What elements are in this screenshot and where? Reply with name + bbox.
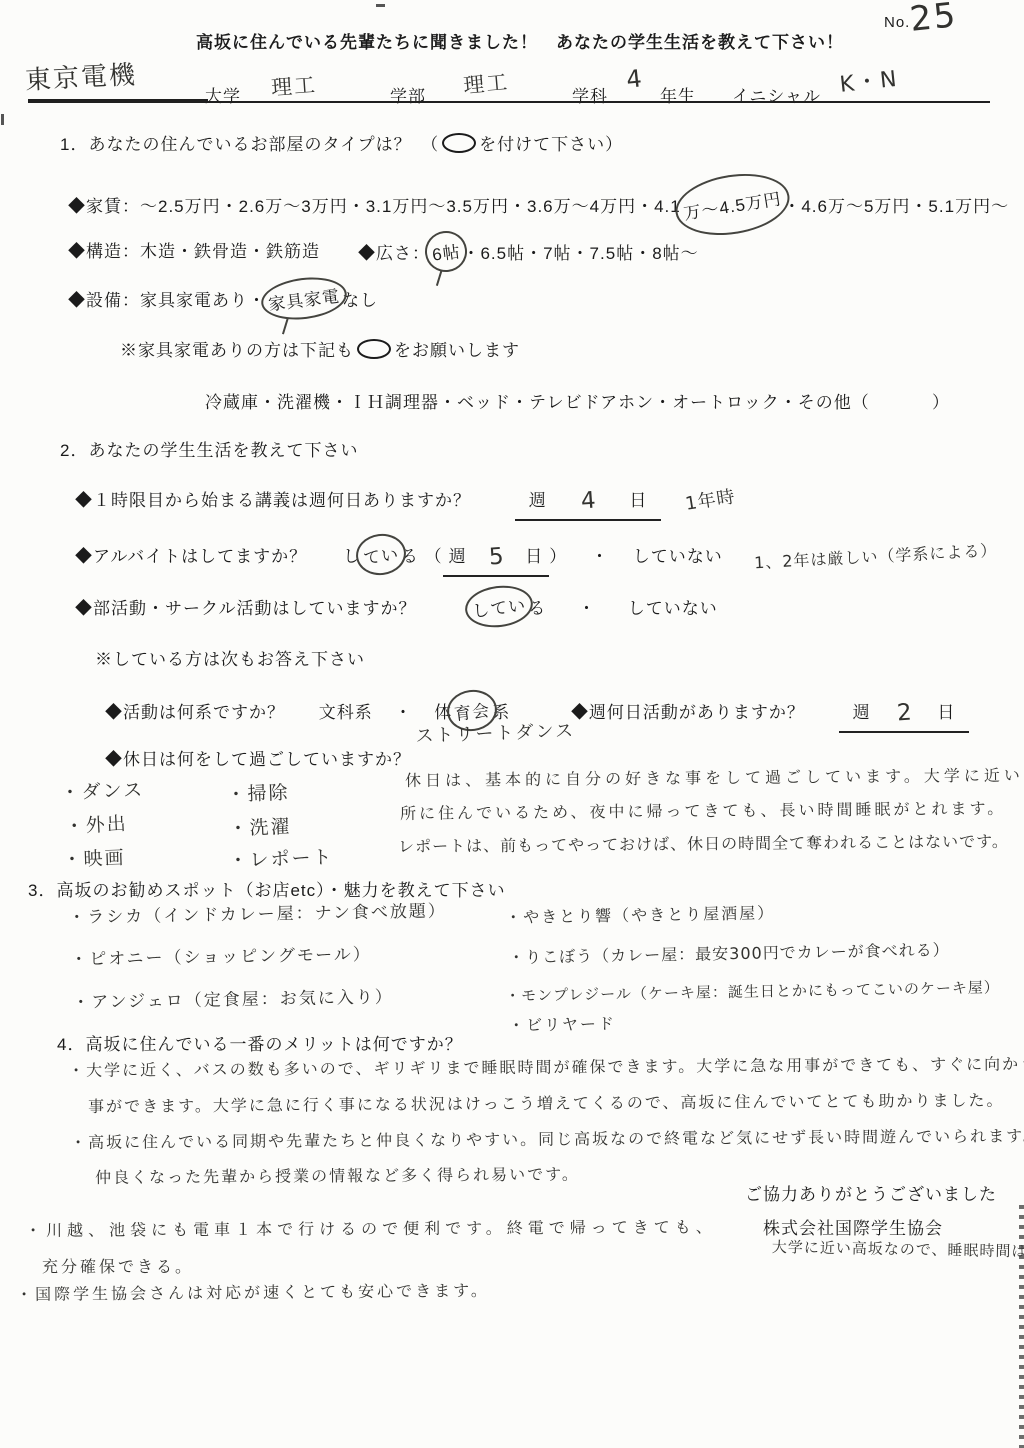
q2-title: 2．あなたの学生生活を教えて下さい [60,436,358,461]
merit-line: ・国際学生協会さんは対応が速くとても安心できます。 [16,1278,490,1305]
lecture-days-value: 4 [580,488,596,515]
q2-holiday-question: ◆休日は何をして過ごしていますか？ [105,745,411,770]
q2-club-row: ◆部活動・サークル活動はしていますか？ している ・ していない [75,592,718,621]
holiday-item: ・映画 [62,843,126,872]
holiday-item: ・外出 [64,809,128,839]
q2-parttime-row: ◆アルバイトはしてますか？ している （週5日） ・ していない 1、2年は厳し… [75,540,998,577]
scan-speck [376,4,385,7]
footer-thanks: ご協力ありがとうございました [745,1180,997,1205]
q1-appliance-close-paren: ） [932,388,950,413]
q1-rent-options: ◆家賃：～2.5万円・2.6万～3万円・3.1万円～3.5万円・3.6万～4万円… [68,190,1009,219]
form-number-label: No. [884,14,910,31]
spot-item: ・アンジェロ（定食屋：お気に入り） [72,982,394,1013]
merit-line: 事ができます。大学に急に行く事になる状況はけっこう増えてくるので、高坂に住んでい… [88,1088,1005,1117]
merit-line: ・高坂に住んでいる同期や先輩たちと仲良くなりやすい。同じ高坂なので終電など気にせ… [70,1123,1024,1153]
q1-title: 1．あなたの住んでいるお部屋のタイプは？ （を付けて下さい） [60,130,623,155]
circle-annotation-equipment: 家具家電 [259,273,349,324]
spot-item: ・ラシカ（インドカレー屋：ナン食べ放題） [68,896,447,928]
merit-line: 充分確保できる。 [42,1254,194,1277]
parttime-doing-option: している [343,547,419,566]
spot-item: ・ビリヤード [508,1011,616,1036]
holiday-item: ・洗濯 [228,812,292,841]
footer-company: 株式会社国際学生協会 [763,1214,943,1239]
merit-line: ・川越、池袋にも電車１本で行けるので便利です。終電で帰ってきても、 [25,1214,717,1241]
activity-name: ストリートダンス [415,716,575,748]
holiday-answer-line: 所に住んでいるため、夜中に帰ってきても、長い時間睡眠がとれます。 [400,796,1006,824]
lecture-note: 1年時 [683,482,737,516]
form-header-left: 高坂に住んでいる先輩たちに聞きました！ [196,28,538,53]
respondent-year: 4 [625,64,645,94]
circle-mark-icon [442,133,476,153]
q1-size-options: ◆広さ：6帖・6.5帖・7帖・7.5帖・8帖～ [358,237,699,266]
holiday-item: ・レポート [228,842,334,873]
q1-structure-options: ◆構造：木造・鉄骨造・鉄筋造 [68,237,320,262]
q1-furnished-note: ※家具家電ありの方は下記もをお願いします [120,336,520,361]
parttime-days-value: 5 [488,544,504,571]
circle-annotation-parttime: てい [354,531,409,578]
parttime-days-blank: 週5日 [443,542,550,577]
activity-days-value: 2 [896,700,912,727]
circle-annotation-size: 6帖 [423,229,470,275]
scan-speck [1,114,4,125]
lecture-days-blank: 週4日 [515,486,662,521]
spot-item: ・やきとり響（やきとり屋酒屋） [505,900,775,928]
circle-annotation-club: してい [463,582,535,631]
spot-item: ・モンプレジール（ケーキ屋：誕生日とかにもってこいのケーキ屋） [505,976,1000,1006]
circle-annotation-rent: 万～4.5万円 [671,166,793,242]
holiday-item: ・掃除 [226,778,290,807]
respondent-initial: K・N [838,62,900,99]
initial-label: イニシャル [732,82,821,107]
club-doing-option: している [470,599,546,618]
faculty-label: 学部 [390,82,426,107]
merit-line: 仲良くなった先輩から授業の情報など多く得られ易いです。 [95,1162,580,1188]
department-label: 学科 [572,82,608,107]
q1-equipment-options: ◆設備：家具家電あり・家具家電なし [68,284,378,313]
form-number-value: 25 [908,0,959,40]
profile-underline-thick [28,99,208,103]
q1-appliance-list: 冷蔵庫・洗濯機・ＩＨ調理器・ベッド・テレビドアホン・オートロック・その他（ [205,388,870,413]
holiday-item: ・ダンス [60,775,145,805]
form-header-right: あなたの学生生活を教えて下さい！ [556,28,844,53]
q2-lecture-row: ◆１時限目から始まる講義は週何日ありますか？ 週4日 1年時 [75,486,736,521]
spot-item: ・ピオニー（ショッピングモール） [70,940,372,970]
respondent-department: 理工 [462,66,510,100]
merit-line: ・大学に近く、バスの数も多いので、ギリギリまで睡眠時間が確保できます。大学に急な… [68,1051,1024,1081]
year-label: 年生 [660,82,696,107]
university-label: 大学 [205,82,241,107]
scanned-questionnaire-page: No. 25 高坂に住んでいる先輩たちに聞きました！ あなたの学生生活を教えて下… [0,0,1024,1448]
respondent-faculty: 理工 [270,69,318,102]
parttime-not-doing-option: していない [633,547,723,566]
holiday-answer-line: 休日は、基本的に自分の好きな事をして過ごしています。大学に近い [405,763,1024,791]
parttime-note: 1、2年は厳しい（学系による） [754,538,998,574]
circle-mark-icon [357,339,391,359]
respondent-university: 東京電機 [24,54,138,97]
q2-club-note: ※している方は次もお答え下さい [95,645,365,670]
scan-edge-artifact [1019,1205,1024,1448]
merit-line: 大学に近い高坂なので、睡眠時間は [772,1236,1024,1261]
club-not-doing-option: していない [628,599,718,618]
activity-days-blank: 週2日 [839,698,970,733]
activity-bunka-option: 文科系 [319,703,373,722]
holiday-answer-line: レポートは、前もってやっておけば、休日の時間全て奪われることはないです。 [398,829,1009,857]
q4-title: 4．高坂に住んでいる一番のメリットは何ですか？ [57,1030,463,1055]
spot-item: ・りこぼう（カレー屋：最安300円でカレーが食べれる） [508,937,950,968]
